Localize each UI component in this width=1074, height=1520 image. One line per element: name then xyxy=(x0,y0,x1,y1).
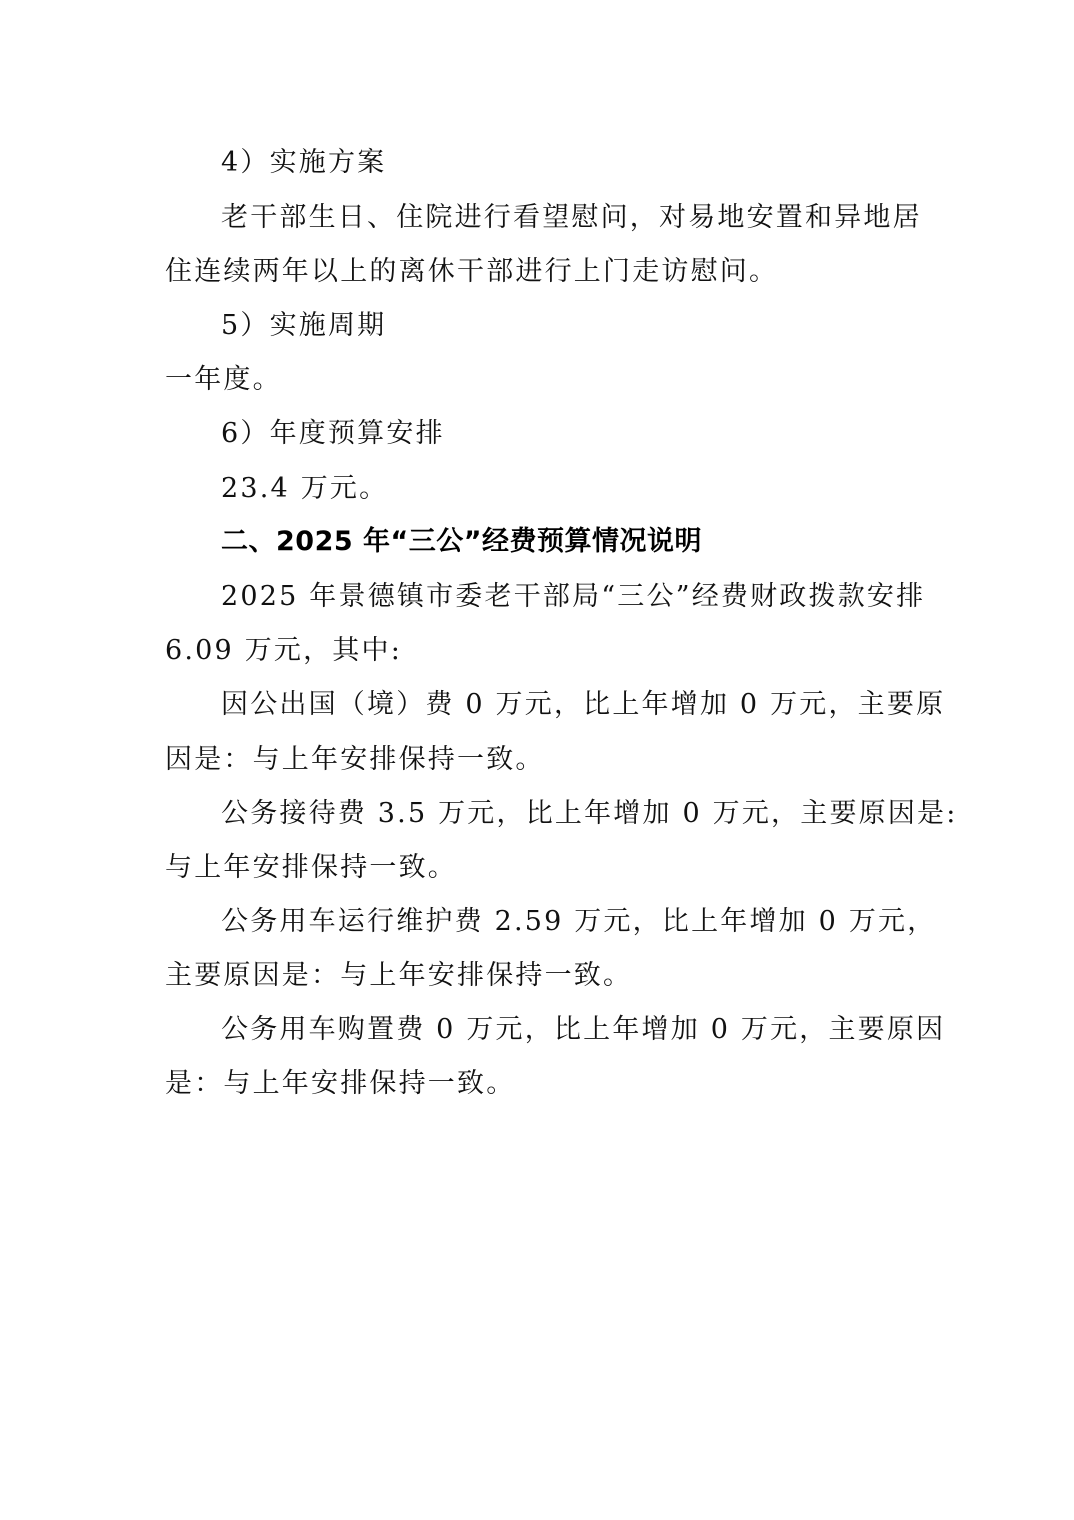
paragraph-implementation-period: 一年度。 xyxy=(165,364,282,396)
paragraph-three-public-total-line-1: 2025 年景德镇市委老干部局“三公”经费财政拨款安排 xyxy=(221,581,925,613)
subheading-annual-budget: 6）年度预算安排 xyxy=(221,418,445,450)
paragraph-implementation-plan-line-1: 老干部生日、住院进行看望慰问，对易地安置和异地居 xyxy=(221,202,922,234)
paragraph-implementation-plan-line-2: 住连续两年以上的离休干部进行上门走访慰问。 xyxy=(165,256,778,288)
subheading-implementation-plan: 4）实施方案 xyxy=(221,147,386,179)
paragraph-three-public-total-line-2: 6.09 万元，其中: xyxy=(165,635,402,667)
paragraph-vehicle-purchase-line-2: 是：与上年安排保持一致。 xyxy=(165,1068,515,1100)
paragraph-annual-budget: 23.4 万元。 xyxy=(221,473,388,505)
paragraph-vehicle-maintenance-line-1: 公务用车运行维护费 2.59 万元，比上年增加 0 万元， xyxy=(221,906,936,938)
paragraph-vehicle-maintenance-line-2: 主要原因是：与上年安排保持一致。 xyxy=(165,960,632,992)
paragraph-vehicle-purchase-line-1: 公务用车购置费 0 万元，比上年增加 0 万元，主要原因 xyxy=(221,1014,945,1046)
subheading-implementation-period: 5）实施周期 xyxy=(221,310,386,342)
paragraph-reception-line-1: 公务接待费 3.5 万元，比上年增加 0 万元，主要原因是: xyxy=(221,798,958,830)
section-heading-three-public-expenses: 二、2025 年“三公”经费预算情况说明 xyxy=(221,526,702,558)
document-page: 4）实施方案 老干部生日、住院进行看望慰问，对易地安置和异地居 住连续两年以上的… xyxy=(0,0,1074,1520)
paragraph-overseas-travel-line-2: 因是：与上年安排保持一致。 xyxy=(165,744,545,776)
paragraph-reception-line-2: 与上年安排保持一致。 xyxy=(165,852,457,884)
paragraph-overseas-travel-line-1: 因公出国（境）费 0 万元，比上年增加 0 万元，主要原 xyxy=(221,689,945,721)
